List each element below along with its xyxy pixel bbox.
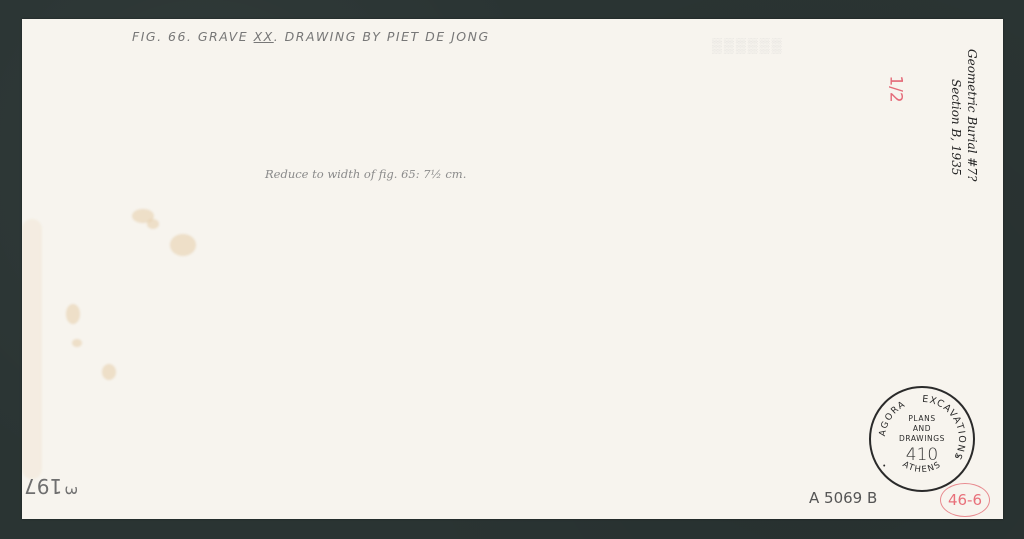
stain [22,219,42,479]
reduction-note: Reduce to width of fig. 65: 7½ cm. [265,167,466,181]
rotated-digit: 3 [62,485,81,495]
rotated-number: 197 [24,474,62,498]
stamp-line-drawings: DRAWINGS [871,434,973,444]
figure-caption: FIG. 66. GRAVE XX. DRAWING BY PIET DE JO… [132,29,490,44]
stain [72,339,82,347]
stain [170,234,196,256]
caption-prefix: FIG. 66. GRAVE [132,29,254,44]
red-oval-label: 46-6 [940,483,990,517]
stamp-line-plans: PLANS [871,414,973,424]
stain [66,304,80,324]
catalog-number: A 5069 B [809,489,877,507]
stain [102,364,116,380]
stamp-center-text: PLANS AND DRAWINGS [871,414,973,444]
red-oval-text: 46-6 [948,491,982,509]
red-fraction-mark: 1/2 [886,75,906,102]
stain [147,219,159,229]
stamp-drawing-number: 410 [871,445,973,465]
stamp-line-and: AND [871,424,973,434]
caption-suffix: . DRAWING BY PIET DE JONG [274,29,490,44]
faint-erased-stamp: ▒▒▒▒▒▒ [712,37,784,53]
paper-sheet: FIG. 66. GRAVE XX. DRAWING BY PIET DE JO… [22,19,1003,519]
agora-excavations-stamp: AGORA EXCAVATIONS ATHENS • * PLANS AND D… [869,386,975,492]
margin-note-line1: Geometric Burial #7? [965,49,979,181]
margin-note-line2: Section B, 1935 [949,79,963,175]
grave-number: XX [254,29,274,44]
